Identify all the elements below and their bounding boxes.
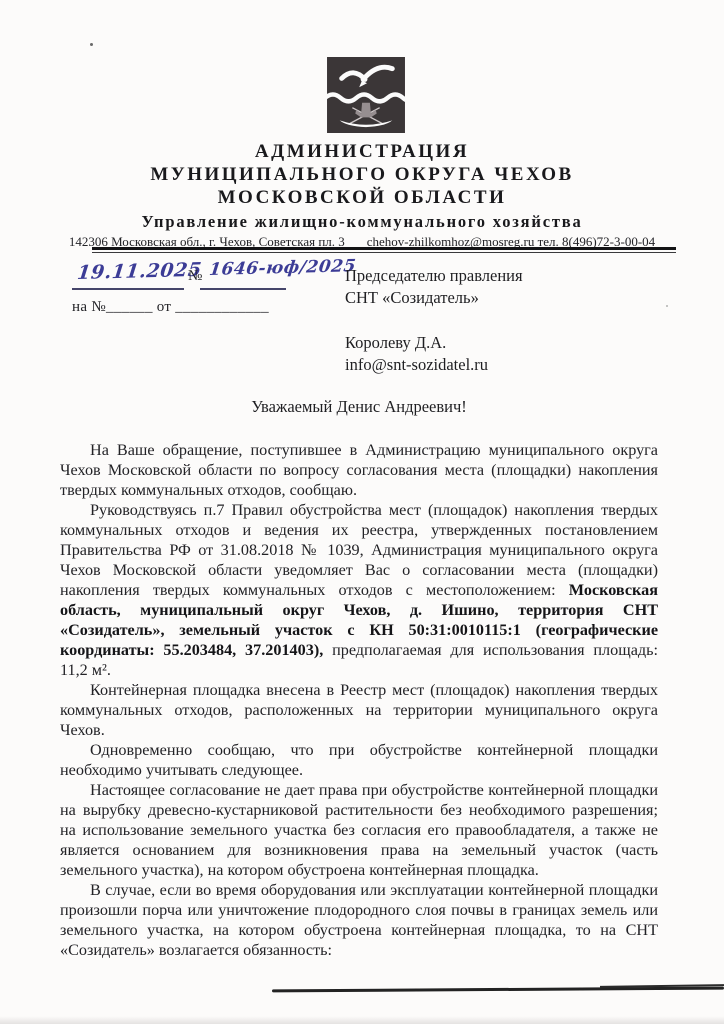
body-paragraph-1: На Ваше обращение, поступившее в Админис… xyxy=(60,440,658,500)
emblem-svg xyxy=(327,57,405,133)
handwritten-outgoing-number: 1646-юф/2025 xyxy=(208,256,357,280)
number-sign-label: № xyxy=(188,268,202,285)
body-paragraph-2: Руководствуясь п.7 Правил обустройства м… xyxy=(60,500,658,680)
org-name-line2: МУНИЦИПАЛЬНОГО ОКРУГА ЧЕХОВ xyxy=(0,163,724,186)
addressee-block: Председателю правления СНТ «Созидатель» … xyxy=(345,265,523,376)
salutation: Уважаемый Денис Андреевич! xyxy=(60,397,658,417)
scan-bottom-shadow xyxy=(0,1016,724,1024)
handwritten-date: 19.11.2025 xyxy=(76,259,203,284)
number-underline xyxy=(200,288,286,290)
letterhead: АДМИНИСТРАЦИЯ МУНИЦИПАЛЬНОГО ОКРУГА ЧЕХО… xyxy=(0,140,724,250)
addressee-email: info@snt-sozidatel.ru xyxy=(345,354,523,376)
letter-body: На Ваше обращение, поступившее в Админис… xyxy=(60,440,658,960)
reply-to-line: на №______ от ____________ xyxy=(72,299,269,316)
scan-speck xyxy=(666,305,668,307)
body-paragraph-4: Одновременно сообщаю, что при обустройст… xyxy=(60,740,658,780)
body-paragraph-6: В случае, если во время оборудования или… xyxy=(60,880,658,960)
org-name-line3: МОСКОВСКОЙ ОБЛАСТИ xyxy=(0,186,724,209)
org-name-line1: АДМИНИСТРАЦИЯ xyxy=(0,140,724,163)
scanned-letter-page: АДМИНИСТРАЦИЯ МУНИЦИПАЛЬНОГО ОКРУГА ЧЕХО… xyxy=(0,0,724,1024)
addressee-organization: СНТ «Созидатель» xyxy=(345,287,523,309)
addressee-name: Королеву Д.А. xyxy=(345,332,523,354)
scan-edge-artifact xyxy=(272,987,724,993)
addressee-position: Председателю правления xyxy=(345,265,523,287)
chekhov-coat-of-arms-icon xyxy=(327,57,405,133)
body-paragraph-3: Контейнерная площадка внесена в Реестр м… xyxy=(60,680,658,740)
scan-speck xyxy=(90,43,93,46)
body-paragraph-5: Настоящее согласование не дает права при… xyxy=(60,780,658,880)
department-name: Управление жилищно-коммунального хозяйст… xyxy=(0,212,724,232)
date-underline xyxy=(72,288,184,290)
letterhead-divider xyxy=(92,247,676,253)
